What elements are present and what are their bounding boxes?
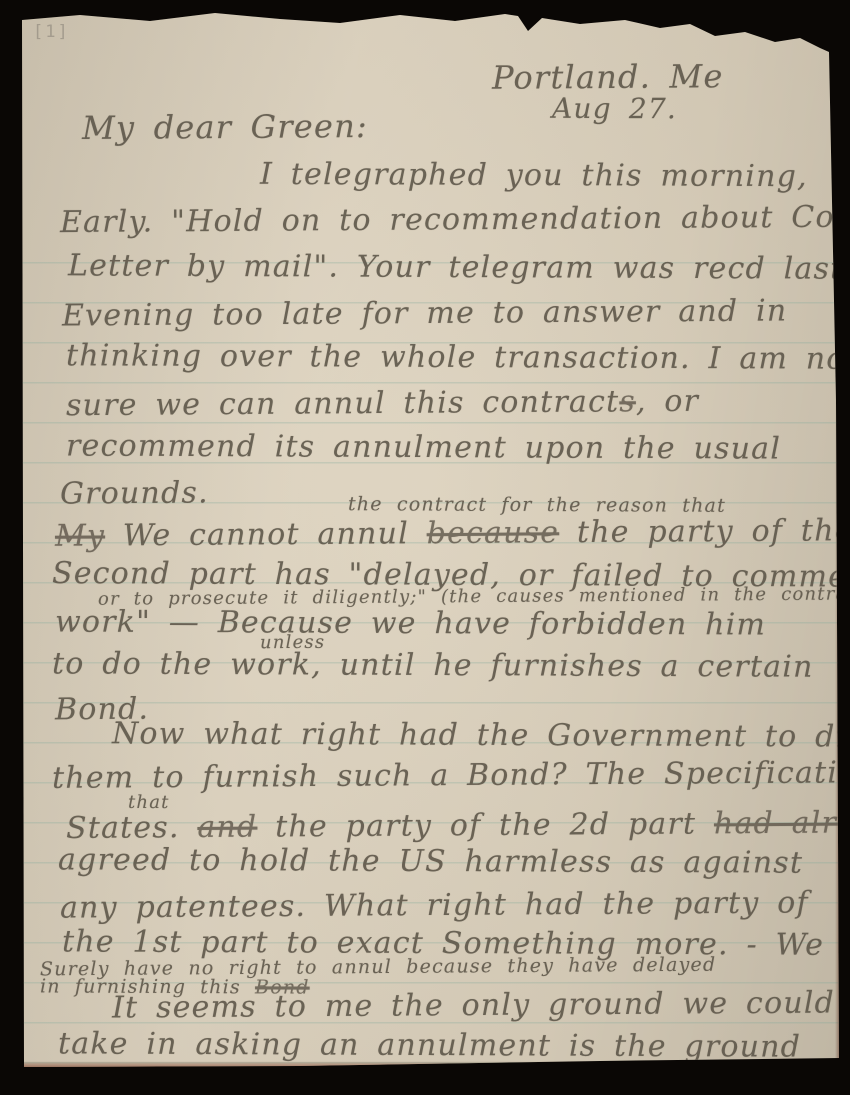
body-line: agreed to hold the US harmless as agains… — [58, 842, 803, 880]
body-line: work" — Because we have forbidden him — [55, 604, 766, 642]
archival-page-number: [1] — [33, 22, 70, 42]
body-line: to do the work, until he furnishes a cer… — [52, 646, 814, 684]
body-line: Early. "Hold on to recommendation about … — [60, 199, 850, 240]
body-line: States. and the party of the 2d part had… — [66, 805, 850, 846]
struck-text: My — [55, 518, 105, 553]
body-line: them to furnish such a Bond? The Specifi… — [52, 755, 850, 796]
letter-paper: [1] Portland. MeAug 27.My dear Green:I t… — [0, 0, 850, 1095]
salutation: My dear Green: — [82, 107, 368, 147]
body-line: thinking over the whole transaction. I a… — [66, 338, 850, 376]
date-line: Aug 27. — [552, 92, 677, 126]
paper-bottom-edge — [20, 1062, 842, 1069]
struck-text: had already — [714, 805, 850, 841]
body-line: take in asking an annulment is the groun… — [58, 1026, 801, 1064]
body-line: Evening too late for me to answer and in — [62, 293, 788, 333]
body-line: Now what right had the Government to dir… — [112, 716, 850, 754]
struck-text: and — [197, 810, 257, 845]
body-line: recommend its annulment upon the usual — [66, 428, 781, 466]
inserted-line: the contract for the reason that — [348, 493, 726, 517]
struck-text: because — [427, 515, 560, 551]
body-line: I telegraphed you this morning, — [260, 157, 808, 194]
body-line: It seems to me the only ground we could — [112, 985, 835, 1025]
body-line: My We cannot annul because the party of … — [55, 513, 850, 554]
place-line: Portland. Me — [492, 57, 724, 97]
body-line: Letter by mail". Your telegram was recd … — [68, 248, 844, 286]
struck-text: s — [619, 384, 636, 419]
body-line: Grounds. — [60, 475, 209, 511]
scan-background: [1] Portland. MeAug 27.My dear Green:I t… — [0, 0, 850, 1095]
body-line: any patentees. What right had the party … — [60, 885, 809, 925]
body-line: sure we can annul this contracts, or — [66, 384, 699, 423]
